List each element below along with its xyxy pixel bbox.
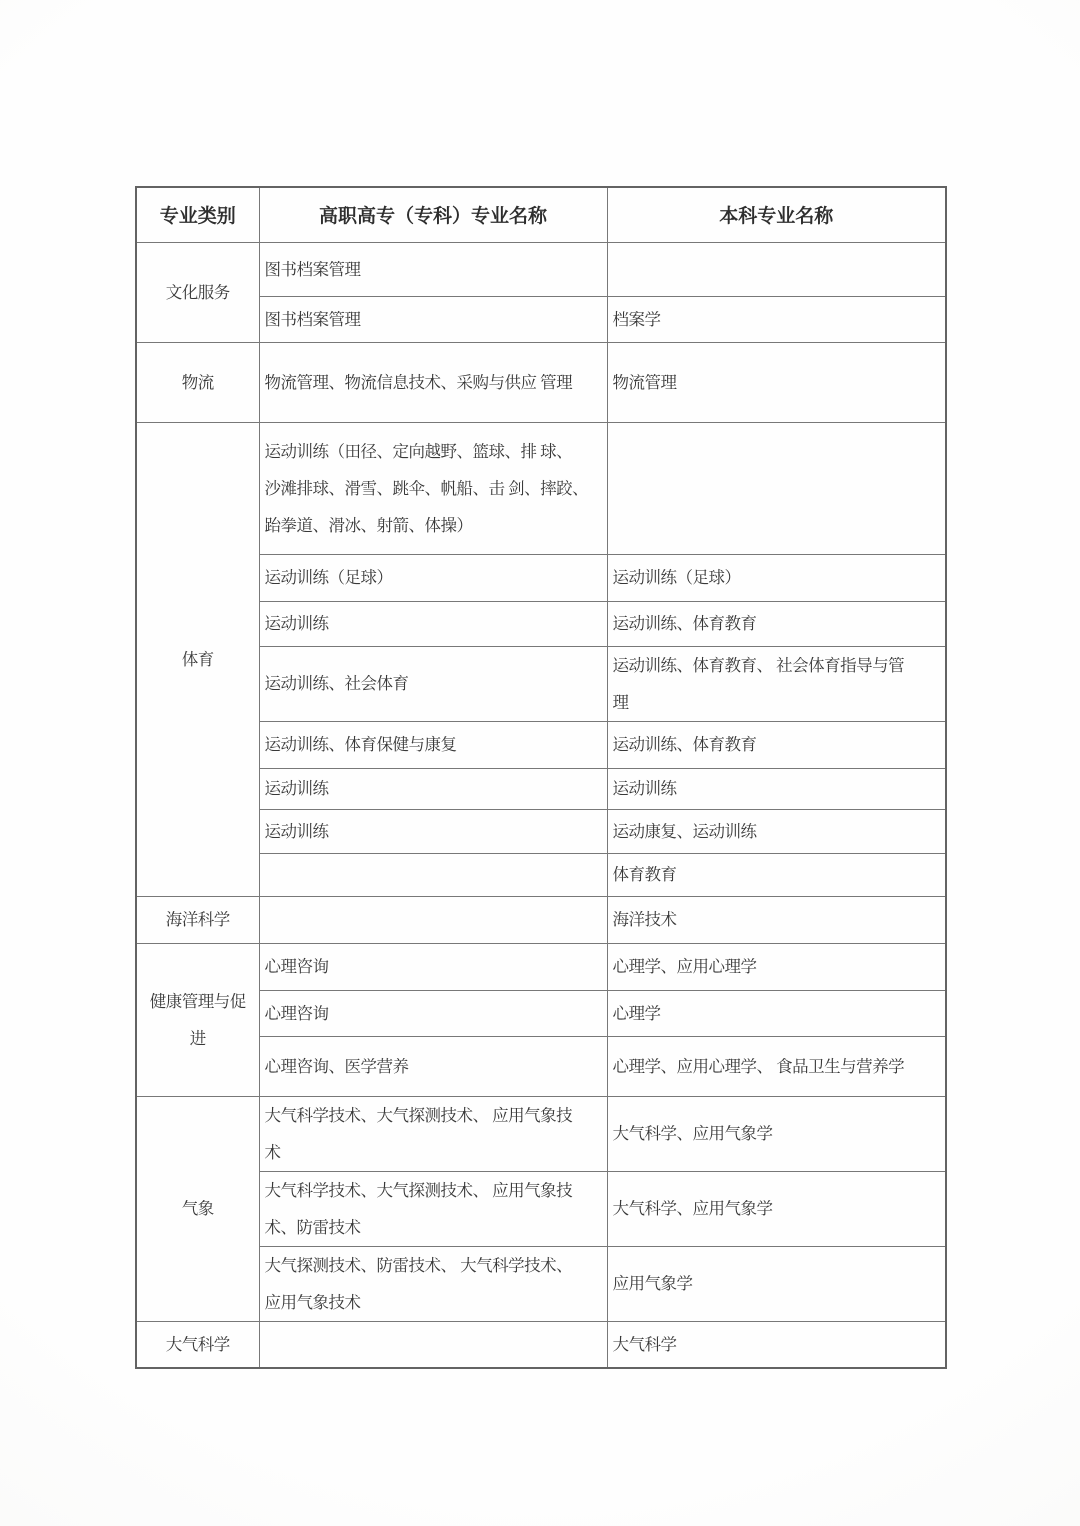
undergraduate-major-cell — [607, 422, 946, 554]
vocational-major-cell: 运动训练（田径、定向越野、篮球、排 球、 沙滩排球、滑雪、跳伞、帆船、击 剑、摔… — [259, 422, 607, 554]
vocational-major-cell: 心理咨询 — [259, 943, 607, 990]
undergraduate-major-cell: 物流管理 — [607, 342, 946, 422]
category-cell-sports: 体育 — [136, 422, 259, 896]
vocational-major-cell: 大气探测技术、防雷技术、 大气科学技术、 应用气象技术 — [259, 1246, 607, 1321]
header-category: 专业类别 — [136, 187, 259, 242]
undergraduate-major-cell: 运动训练、体育教育 — [607, 721, 946, 768]
table-row: 文化服务 图书档案管理 — [136, 242, 946, 296]
undergraduate-major-cell: 运动康复、运动训练 — [607, 809, 946, 853]
table-row: 大气科学 大气科学 — [136, 1321, 946, 1368]
vocational-major-cell — [259, 853, 607, 896]
table-row: 体育 运动训练（田径、定向越野、篮球、排 球、 沙滩排球、滑雪、跳伞、帆船、击 … — [136, 422, 946, 554]
undergraduate-major-cell: 心理学、应用心理学、 食品卫生与营养学 — [607, 1036, 946, 1096]
undergraduate-major-cell: 大气科学 — [607, 1321, 946, 1368]
vocational-major-cell: 运动训练 — [259, 809, 607, 853]
vocational-major-cell — [259, 896, 607, 943]
major-mapping-table: 专业类别 高职高专（专科）专业名称 本科专业名称 文化服务 图书档案管理 图书档… — [135, 186, 947, 1369]
vocational-major-cell: 运动训练、体育保健与康复 — [259, 721, 607, 768]
category-cell-marine-science: 海洋科学 — [136, 896, 259, 943]
vocational-major-cell: 心理咨询 — [259, 990, 607, 1036]
vocational-major-cell: 物流管理、物流信息技术、采购与供应 管理 — [259, 342, 607, 422]
undergraduate-major-cell: 运动训练、体育教育 — [607, 601, 946, 646]
vocational-major-cell: 图书档案管理 — [259, 296, 607, 342]
header-undergraduate-major: 本科专业名称 — [607, 187, 946, 242]
category-cell-logistics: 物流 — [136, 342, 259, 422]
header-vocational-major: 高职高专（专科）专业名称 — [259, 187, 607, 242]
vocational-major-cell: 大气科学技术、大气探测技术、 应用气象技 术、防雷技术 — [259, 1171, 607, 1246]
vocational-major-cell: 运动训练（足球） — [259, 554, 607, 601]
undergraduate-major-cell — [607, 242, 946, 296]
undergraduate-major-cell: 运动训练 — [607, 768, 946, 809]
header-row: 专业类别 高职高专（专科）专业名称 本科专业名称 — [136, 187, 946, 242]
vocational-major-cell: 运动训练 — [259, 768, 607, 809]
vocational-major-cell: 运动训练、社会体育 — [259, 646, 607, 721]
undergraduate-major-cell: 体育教育 — [607, 853, 946, 896]
table-row: 物流 物流管理、物流信息技术、采购与供应 管理 物流管理 — [136, 342, 946, 422]
undergraduate-major-cell: 档案学 — [607, 296, 946, 342]
category-cell-atmospheric-science: 大气科学 — [136, 1321, 259, 1368]
undergraduate-major-cell: 应用气象学 — [607, 1246, 946, 1321]
vocational-major-cell: 图书档案管理 — [259, 242, 607, 296]
undergraduate-major-cell: 运动训练、体育教育、 社会体育指导与管 理 — [607, 646, 946, 721]
document-page: 专业类别 高职高专（专科）专业名称 本科专业名称 文化服务 图书档案管理 图书档… — [0, 0, 1080, 1526]
undergraduate-major-cell: 大气科学、应用气象学 — [607, 1171, 946, 1246]
undergraduate-major-cell: 大气科学、应用气象学 — [607, 1096, 946, 1171]
category-cell-health-management: 健康管理与促 进 — [136, 943, 259, 1096]
vocational-major-cell: 大气科学技术、大气探测技术、 应用气象技 术 — [259, 1096, 607, 1171]
table-row: 气象 大气科学技术、大气探测技术、 应用气象技 术 大气科学、应用气象学 — [136, 1096, 946, 1171]
category-cell-culture-service: 文化服务 — [136, 242, 259, 342]
table-row: 健康管理与促 进 心理咨询 心理学、应用心理学 — [136, 943, 946, 990]
table-row: 海洋科学 海洋技术 — [136, 896, 946, 943]
vocational-major-cell — [259, 1321, 607, 1368]
undergraduate-major-cell: 心理学、应用心理学 — [607, 943, 946, 990]
undergraduate-major-cell: 心理学 — [607, 990, 946, 1036]
vocational-major-cell: 心理咨询、医学营养 — [259, 1036, 607, 1096]
major-mapping-table-wrap: 专业类别 高职高专（专科）专业名称 本科专业名称 文化服务 图书档案管理 图书档… — [135, 186, 945, 1369]
category-cell-meteorology: 气象 — [136, 1096, 259, 1321]
vocational-major-cell: 运动训练 — [259, 601, 607, 646]
undergraduate-major-cell: 海洋技术 — [607, 896, 946, 943]
undergraduate-major-cell: 运动训练（足球） — [607, 554, 946, 601]
